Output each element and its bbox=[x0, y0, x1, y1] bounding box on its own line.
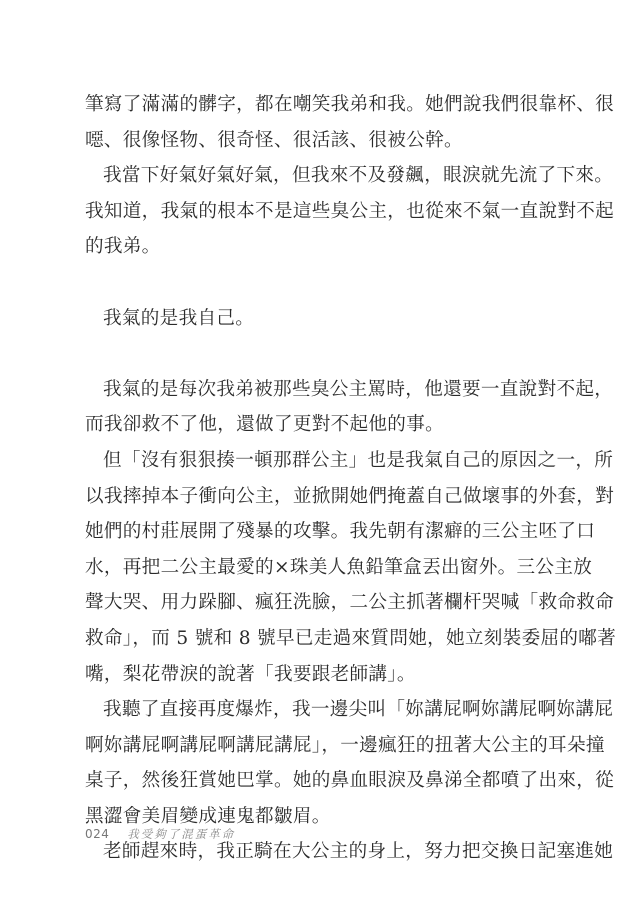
page-number: 024 bbox=[85, 827, 109, 841]
text-line: 桌子，然後狂賞她巴掌。她的鼻血眼淚及鼻涕全都噴了出來，從 bbox=[85, 763, 555, 799]
paragraph-spacer bbox=[85, 336, 555, 372]
text-line: 我當下好氣好氣好氣，但我來不及發飆，眼淚就先流了下來。 bbox=[85, 158, 555, 194]
page-body: 筆寫了滿滿的髒字，都在嘲笑我弟和我。她們說我們很靠杯、很 噁、很像怪物、很奇怪、… bbox=[85, 87, 555, 870]
running-title: 我受夠了混蛋革命 bbox=[127, 827, 235, 841]
text-line: 聲大哭、用力跺腳、瘋狂洗臉，二公主抓著欄杆哭喊「救命救命 bbox=[85, 585, 555, 621]
text-line: 筆寫了滿滿的髒字，都在嘲笑我弟和我。她們說我們很靠杯、很 bbox=[85, 87, 555, 123]
text-line: 我知道，我氣的根本不是這些臭公主，也從來不氣一直說對不起 bbox=[85, 194, 555, 230]
text-line: 她們的村莊展開了殘暴的攻擊。我先朝有潔癖的三公主呸了口 bbox=[85, 514, 555, 550]
text-line: 的我弟。 bbox=[85, 229, 555, 265]
text-line: 我聽了直接再度爆炸，我一邊尖叫「妳講屁啊妳講屁啊妳講屁 bbox=[85, 692, 555, 728]
text-line: 噁、很像怪物、很奇怪、很活該、很被公幹。 bbox=[85, 123, 555, 159]
text-line: 但「沒有狠狠揍一頓那群公主」也是我氣自己的原因之一，所 bbox=[85, 443, 555, 479]
text-line: 而我卻救不了他，還做了更對不起他的事。 bbox=[85, 407, 555, 443]
text-line: 嘴，梨花帶淚的說著「我要跟老師講」。 bbox=[85, 657, 555, 693]
text-line: 我氣的是每次我弟被那些臭公主罵時，他還要一直說對不起， bbox=[85, 372, 555, 408]
text-line: 啊妳講屁啊講屁啊講屁講屁」，一邊瘋狂的扭著大公主的耳朵撞 bbox=[85, 728, 555, 764]
paragraph-spacer bbox=[85, 265, 555, 301]
text-line: 我氣的是我自己。 bbox=[85, 301, 555, 337]
text-line: 救命」，而 5 號和 8 號早已走過來質問她，她立刻裝委屈的嘟著 bbox=[85, 621, 555, 657]
text-line: 水，再把二公主最愛的×珠美人魚鉛筆盒丟出窗外。三公主放 bbox=[85, 550, 555, 586]
text-line: 以我摔掉本子衝向公主，並掀開她們掩蓋自己做壞事的外套，對 bbox=[85, 479, 555, 515]
page-footer: 024 我受夠了混蛋革命 bbox=[85, 826, 235, 842]
